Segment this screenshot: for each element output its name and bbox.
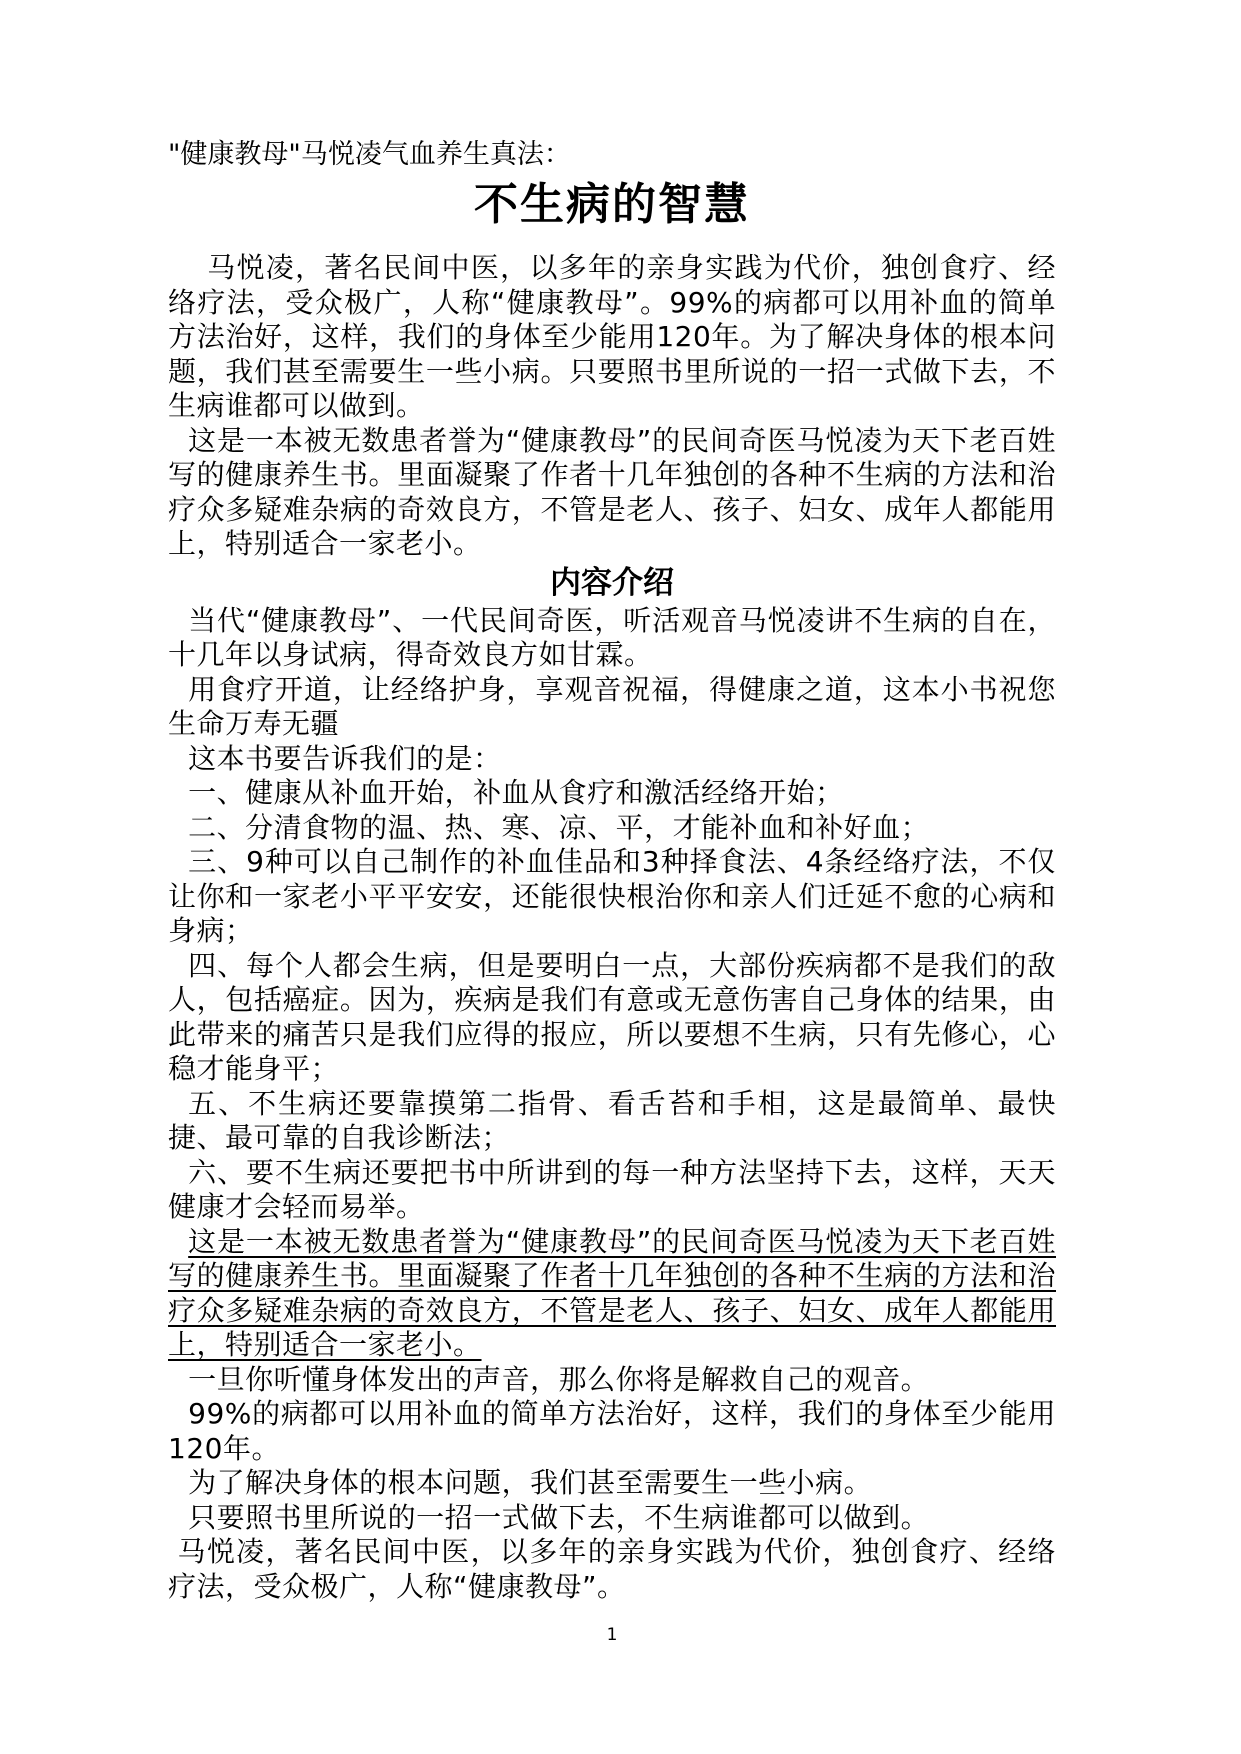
paragraph: 当代“健康教母”、一代民间奇医，听活观音马悦凌讲不生病的自在，十几年以身试病，得… bbox=[168, 604, 1056, 673]
paragraph: 一旦你听懂身体发出的声音，那么你将是解救自己的观音。 bbox=[168, 1363, 1056, 1398]
paragraph: 六、要不生病还要把书中所讲到的每一种方法坚持下去，这样，天天健康才会轻而易举。 bbox=[168, 1156, 1056, 1225]
document-page: "健康教母"马悦凌气血养生真法： 不生病的智慧 马悦凌，著名民间中医，以多年的亲… bbox=[168, 136, 1056, 1604]
document-kicker: "健康教母"马悦凌气血养生真法： bbox=[168, 136, 1056, 173]
document-body: 马悦凌，著名民间中医，以多年的亲身实践为代价，独创食疗、经络疗法，受众极广，人称… bbox=[168, 251, 1056, 1604]
paragraph: 用食疗开道，让经络护身，享观音祝福，得健康之道，这本小书祝您生命万寿无疆 bbox=[168, 673, 1056, 742]
paragraph: 为了解决身体的根本问题，我们甚至需要生一些小病。 bbox=[168, 1466, 1056, 1501]
paragraph: 这是一本被无数患者誉为“健康教母”的民间奇医马悦凌为天下老百姓写的健康养生书。里… bbox=[168, 424, 1056, 562]
paragraph: 一、健康从补血开始，补血从食疗和激活经络开始； bbox=[168, 776, 1056, 811]
paragraph: 99%的病都可以用补血的简单方法治好，这样，我们的身体至少能用120年。 bbox=[168, 1397, 1056, 1466]
paragraph: 三、9种可以自己制作的补血佳品和3种择食法、4条经络疗法，不仅让你和一家老小平平… bbox=[168, 845, 1056, 949]
page-number: 1 bbox=[168, 1624, 1056, 1646]
paragraph: 这本书要告诉我们的是： bbox=[168, 742, 1056, 777]
paragraph: 四、每个人都会生病，但是要明白一点，大部份疾病都不是我们的敌人，包括癌症。因为，… bbox=[168, 949, 1056, 1087]
paragraph: 五、不生病还要靠摸第二指骨、看舌苔和手相，这是最简单、最快捷、最可靠的自我诊断法… bbox=[168, 1087, 1056, 1156]
paragraph: 马悦凌，著名民间中医，以多年的亲身实践为代价，独创食疗、经络疗法，受众极广，人称… bbox=[168, 1535, 1056, 1604]
paragraph: 马悦凌，著名民间中医，以多年的亲身实践为代价，独创食疗、经络疗法，受众极广，人称… bbox=[168, 251, 1056, 424]
paragraph: 二、分清食物的温、热、寒、凉、平，才能补血和补好血； bbox=[168, 811, 1056, 846]
paragraph-underlined: 这是一本被无数患者誉为“健康教母”的民间奇医马悦凌为天下老百姓写的健康养生书。里… bbox=[168, 1225, 1056, 1363]
section-heading: 内容介绍 bbox=[168, 564, 1056, 602]
paragraph: 只要照书里所说的一招一式做下去，不生病谁都可以做到。 bbox=[168, 1501, 1056, 1536]
page-title: 不生病的智慧 bbox=[168, 181, 1056, 229]
